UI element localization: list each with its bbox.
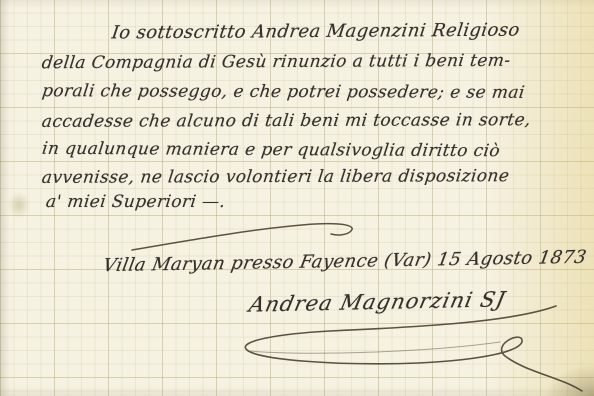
signature: Andrea Magnorzini SJ — [247, 287, 508, 316]
ink-smudge — [8, 192, 30, 218]
dateline: Villa Maryan presso Fayence (Var) 15 Ago… — [101, 247, 588, 276]
signature-flourish-stroke — [245, 306, 582, 391]
body-line-4: accadesse che alcuno di tali beni mi toc… — [41, 110, 532, 132]
body-line-6: avvenisse, ne lascio volontieri la liber… — [41, 166, 511, 188]
body-line-3: porali che posseggo, e che potrei possed… — [41, 81, 526, 103]
scanned-document-page: Io sottoscritto Andrea Magenzini Religio… — [0, 0, 594, 396]
signature-flourish-inner-stroke — [250, 342, 500, 353]
body-line-1: Io sottoscritto Andrea Magenzini Religio… — [110, 20, 521, 44]
body-line-2: della Compagnia di Gesù rinunzio a tutti… — [41, 51, 512, 73]
body-line-5: in qualunque maniera e per qualsivoglia … — [41, 139, 501, 161]
body-line-7: a' miei Superiori —. — [45, 192, 227, 212]
dateline-flourish-stroke — [132, 224, 352, 250]
